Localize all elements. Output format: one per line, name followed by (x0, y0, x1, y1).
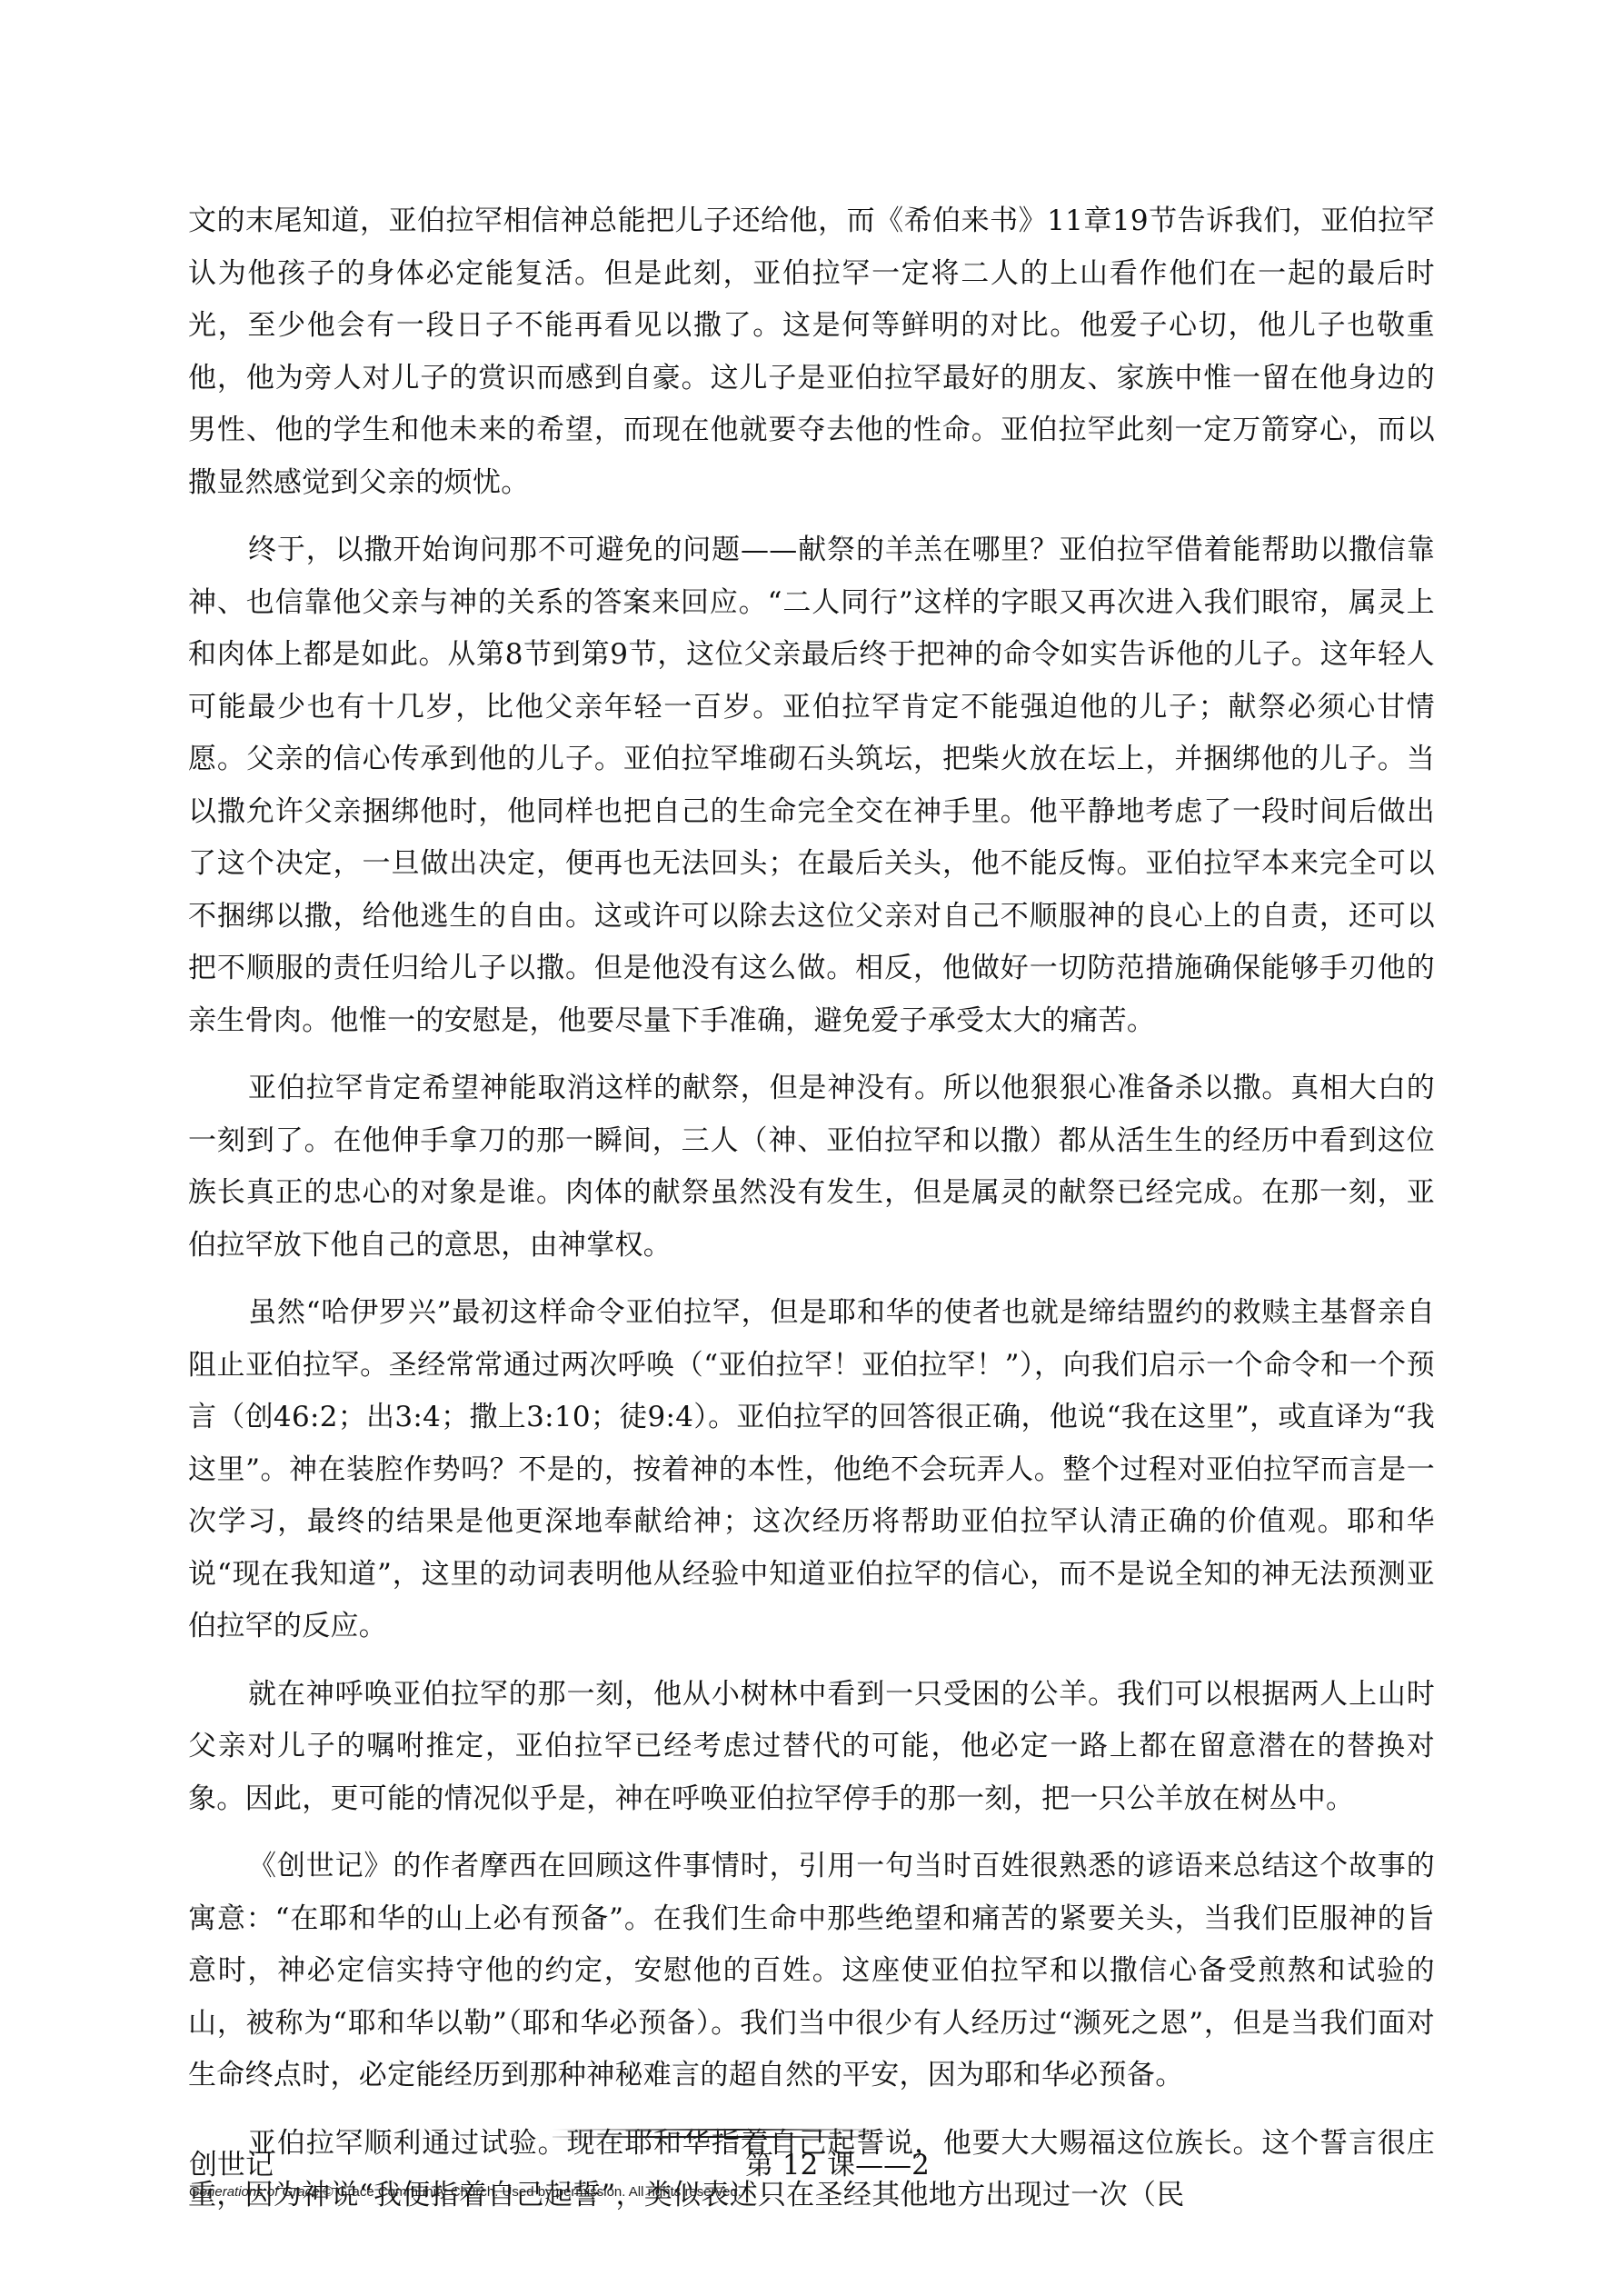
copyright-series-name: Generations of Grace (189, 2184, 319, 2200)
footer-divider-bottom (553, 2136, 889, 2138)
paragraph-3: 亚伯拉罕肯定希望神能取消这样的献祭，但是神没有。所以他狠狠心准备杀以撒。真相大白… (188, 1063, 1435, 1272)
footer-lesson-label: 第 12 课——2 (745, 2141, 930, 2182)
footer-book-title: 创世记 (189, 2141, 274, 2182)
paragraph-6: 《创世记》的作者摩西在回顾这件事情时，引用一句当时百姓很熟悉的谚语来总结这个故事… (188, 1841, 1435, 2102)
page-body: 文的末尾知道，亚伯拉罕相信神总能把儿子还给他，而《希伯来书》11章19节告诉我们… (188, 195, 1435, 2238)
paragraph-2: 终于，以撒开始询问那不可避免的问题——献祭的羊羔在哪里？亚伯拉罕借着能帮助以撒信… (188, 524, 1435, 1047)
footer-copyright: Generations of Grace © Grace Community C… (189, 2184, 742, 2200)
footer-divider-top (553, 2129, 889, 2131)
copyright-text: © Grace Community Church. Used by permis… (319, 2184, 742, 2200)
paragraph-4: 虽然“哈伊罗兴”最初这样命令亚伯拉罕，但是耶和华的使者也就是缔结盟约的救赎主基督… (188, 1287, 1435, 1653)
paragraph-1: 文的末尾知道，亚伯拉罕相信神总能把儿子还给他，而《希伯来书》11章19节告诉我们… (188, 195, 1435, 509)
paragraph-5: 就在神呼唤亚伯拉罕的那一刻，他从小树林中看到一只受困的公羊。我们可以根据两人上山… (188, 1669, 1435, 1826)
